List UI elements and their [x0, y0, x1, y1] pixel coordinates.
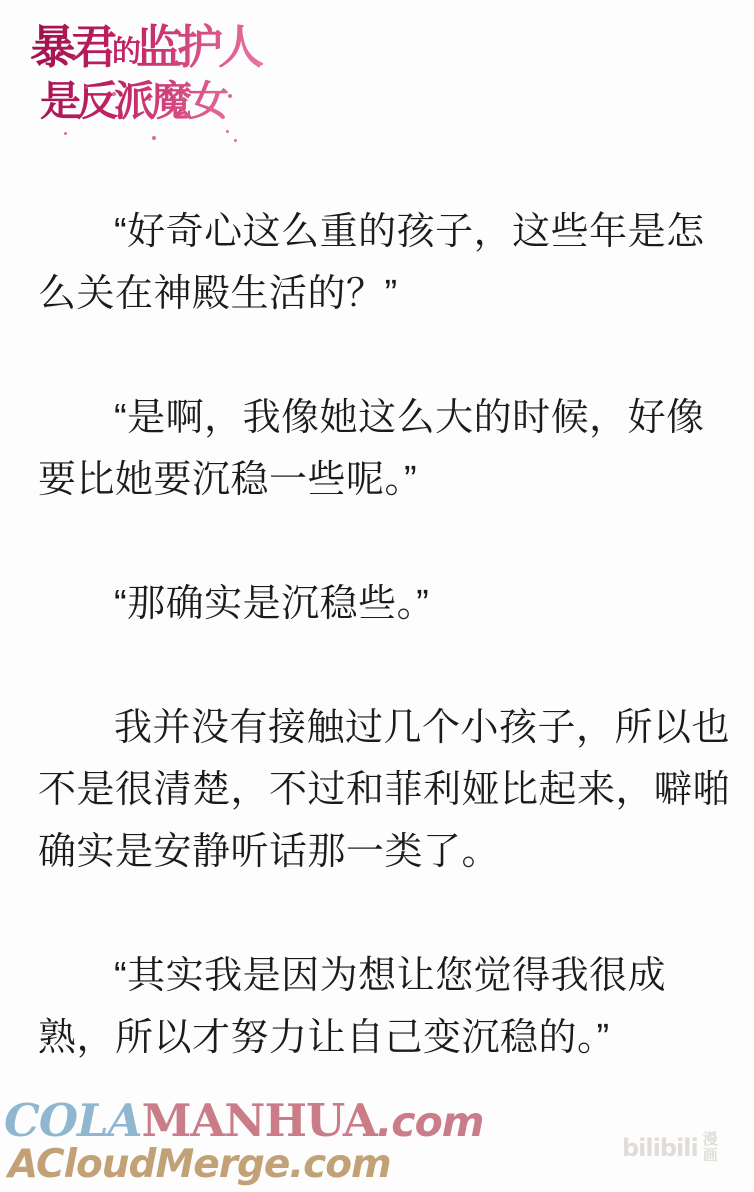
text-line: “好奇心这么重的孩子，这些年是怎 [38, 201, 744, 263]
dialogue-text-block: “好奇心这么重的孩子，这些年是怎 么关在神殿生活的？” “是啊，我像她这么大的时… [38, 201, 744, 1131]
paragraph-dialogue-4: “其实我是因为想让您觉得我很成 熟，所以才努力让自己变沉稳的。” [38, 945, 744, 1069]
series-logo-text: 暴君的监护人 是反派魔女 [30, 20, 270, 124]
logo-word-3: 监护人 [136, 20, 259, 74]
series-logo-line2: 是反派魔女 [40, 78, 270, 124]
logo-ornament-dot [226, 130, 229, 133]
text-line: 么关在神殿生活的？” [38, 263, 744, 325]
paragraph-dialogue-1: “好奇心这么重的孩子，这些年是怎 么关在神殿生活的？” [38, 201, 744, 325]
paragraph-narration: 我并没有接触过几个小孩子，所以也 不是很清楚，不过和菲利娅比起来，噼啪 确实是安… [38, 697, 744, 883]
logo-word-1: 暴君 [30, 20, 112, 74]
paragraph-dialogue-2: “是啊，我像她这么大的时候，好像 要比她要沉稳一些呢。” [38, 387, 744, 511]
logo-ornament-dot [112, 92, 116, 96]
logo-ornament-dot [85, 86, 88, 89]
manhua-char-bottom: 画 [703, 1148, 718, 1164]
text-line: 要比她要沉稳一些呢。” [38, 449, 744, 511]
series-logo: 暴君的监护人 是反派魔女 [30, 20, 270, 138]
bilibili-manhua-logo: bilibili 漫画 [622, 1132, 718, 1164]
comic-page[interactable]: 暴君的监护人 是反派魔女 “好奇心这么重的孩子，这些年是怎 么关在神殿生活的？”… [0, 0, 754, 1192]
logo-ornament-dot [234, 139, 237, 142]
watermark-manhua-text: MANHUA [142, 1094, 377, 1147]
bilibili-manhua-characters: 漫画 [703, 1132, 718, 1164]
watermark-dotcom-text: .com [377, 1098, 484, 1146]
logo-word-2: 的 [112, 34, 136, 68]
logo-ornament-dot [152, 136, 156, 140]
text-line: “是啊，我像她这么大的时候，好像 [38, 387, 744, 449]
manhua-char-top: 漫 [703, 1132, 718, 1148]
watermark-colamanhua: COLAMANHUA.com [4, 1098, 484, 1145]
text-line: 不是很清楚，不过和菲利娅比起来，噼啪 [38, 759, 744, 821]
series-logo-line1: 暴君的监护人 [30, 20, 270, 78]
logo-ornament-dot [148, 98, 151, 101]
text-line: 确实是安静听话那一类了。 [38, 821, 744, 883]
bilibili-wordmark: bilibili [622, 1134, 698, 1162]
logo-ornament-dot [64, 132, 67, 135]
text-line: 我并没有接触过几个小孩子，所以也 [38, 697, 744, 759]
text-line: 熟，所以才努力让自己变沉稳的。” [38, 1007, 744, 1069]
text-line: “其实我是因为想让您觉得我很成 [38, 945, 744, 1007]
paragraph-dialogue-3: “那确实是沉稳些。” [38, 573, 744, 635]
text-line: “那确实是沉稳些。” [38, 573, 744, 635]
logo-ornament-dot [228, 94, 232, 98]
watermark-acloudmerge: ACloudMerge.com [8, 1144, 391, 1186]
watermark-cola-text: COLA [4, 1094, 142, 1147]
